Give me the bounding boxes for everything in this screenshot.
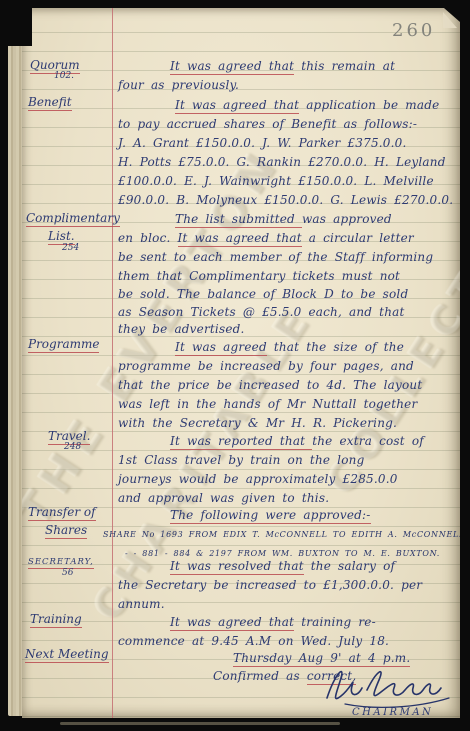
text-segment: application be made — [299, 98, 439, 112]
minute-line: the Secretary be increased to £1,300.0.0… — [118, 576, 422, 595]
text-segment: en bloc. — [118, 231, 178, 245]
margin-heading-transfer-of: Transfer of — [28, 505, 96, 519]
heading-label: Training — [30, 612, 82, 628]
text-segment: four as previously. — [118, 78, 239, 92]
margin-heading-quorum: Quorum — [30, 58, 80, 72]
minute-line: It was agreed that training re- — [170, 613, 376, 632]
minute-line: they be advertised. — [118, 320, 245, 339]
text-segment: them that Complimentary tickets must not — [118, 269, 400, 283]
margin-heading-travel: Travel. — [48, 429, 90, 443]
text-segment: It was agreed — [175, 340, 267, 356]
page-corner-fold-shadow — [444, 8, 460, 22]
minute-line: programme be increased by four pages, an… — [118, 357, 414, 376]
heading-label: SECRETARY, — [28, 557, 94, 569]
text-segment: It was agreed that — [175, 98, 299, 114]
heading-label: Next Meeting — [25, 647, 109, 663]
text-segment: the salary of — [304, 559, 395, 573]
chairman-signature — [317, 658, 457, 710]
text-segment: to pay accrued shares of Benefit as foll… — [118, 117, 417, 131]
margin-ref-travel: 248 — [64, 442, 81, 452]
minute-line: £90.0.0. B. Molyneux £150.0.0. G. Lewis … — [118, 191, 453, 210]
heading-label: Benefit — [28, 95, 72, 111]
text-segment: SHARE No 1693 FROM EDIX T. McCONNELL TO … — [103, 530, 460, 539]
minute-line: be sent to each member of the Staff info… — [118, 248, 433, 267]
text-segment: with the Secretary & Mr H. R. Pickering. — [118, 416, 397, 430]
text-segment: the Secretary be increased to £1,300.0.0… — [118, 578, 422, 592]
text-segment: annum. — [118, 597, 165, 611]
margin-heading-complimentary: Complimentary — [26, 211, 120, 225]
text-segment: J. A. Grant £150.0.0. J. W. Parker £375.… — [118, 136, 407, 150]
text-segment: be sent to each member of the Staff info… — [118, 250, 433, 264]
minute-line: four as previously. — [118, 76, 239, 95]
scanned-minute-book: THE EVERTON CHARITABLE COLLECTION 260 Qu… — [0, 0, 470, 731]
text-segment: be sold. The balance of Block D to be so… — [118, 287, 408, 301]
minute-line: was left in the hands of Mr Nuttall toge… — [118, 395, 417, 414]
margin-heading-secretary: SECRETARY, — [28, 557, 94, 567]
margin-ref-secretary: 56 — [62, 568, 73, 578]
heading-label: Programme — [28, 337, 99, 353]
minute-line: with the Secretary & Mr H. R. Pickering. — [118, 414, 397, 433]
minute-line: It was agreed that application be made — [175, 96, 439, 115]
minute-line: J. A. Grant £150.0.0. J. W. Parker £375.… — [118, 134, 407, 153]
text-segment: this remain at — [294, 59, 395, 73]
text-segment: Confirmed as — [213, 669, 307, 683]
text-segment: £90.0.0. B. Molyneux £150.0.0. G. Lewis … — [118, 193, 453, 207]
margin-ref-quorum: 102. — [54, 71, 74, 81]
minute-line: The list submitted was approved — [175, 210, 392, 229]
text-segment: the extra cost of — [312, 434, 424, 448]
margin-heading-shares: Shares — [45, 523, 87, 537]
text-segment: The list submitted — [175, 212, 302, 228]
text-segment: The following were approved:- — [170, 508, 371, 524]
text-segment: programme be increased by four pages, an… — [118, 359, 414, 373]
text-segment: that the size of the — [267, 340, 404, 354]
margin-ref-list: 254 — [62, 243, 79, 253]
minute-line: 1st Class travel by train on the long — [118, 451, 364, 470]
text-segment: and approval was given to this. — [118, 491, 329, 505]
text-segment: journeys would be approximately £285.0.0 — [118, 472, 398, 486]
page-number-stamp: 260 — [392, 20, 435, 41]
text-segment: It was agreed that — [178, 231, 302, 247]
minute-line: annum. — [118, 595, 165, 614]
minute-line: It was reported that the extra cost of — [170, 432, 424, 451]
text-segment: It was reported that — [170, 434, 312, 450]
margin-heading-list: List. — [48, 229, 75, 243]
scan-corner-shadow — [0, 0, 32, 46]
text-segment: they be advertised. — [118, 322, 245, 336]
text-segment: It was resolved that — [170, 559, 304, 575]
minute-book-page: THE EVERTON CHARITABLE COLLECTION 260 Qu… — [22, 8, 460, 718]
text-segment: training re- — [294, 615, 376, 629]
minute-line: to pay accrued shares of Benefit as foll… — [118, 115, 417, 134]
margin-heading-next-meeting: Next Meeting — [25, 647, 109, 661]
text-segment: a circular letter — [302, 231, 414, 245]
heading-label: Complimentary — [26, 211, 120, 227]
text-segment: commence at 9.45 A.M on Wed. July 18. — [118, 634, 389, 648]
minute-line: £100.0.0. E. J. Wainwright £150.0.0. L. … — [118, 172, 434, 191]
chairman-label: CHAIRMAN — [352, 707, 433, 718]
text-segment: as Season Tickets @ £5.5.0 each, and tha… — [118, 305, 405, 319]
minute-line: The following were approved:- — [170, 506, 371, 525]
margin-heading-programme: Programme — [28, 337, 99, 351]
text-segment: was left in the hands of Mr Nuttall toge… — [118, 397, 417, 411]
text-segment: H. Potts £75.0.0. G. Rankin £270.0.0. H.… — [118, 155, 446, 169]
text-segment: 1st Class travel by train on the long — [118, 453, 364, 467]
margin-heading-training: Training — [30, 612, 82, 626]
heading-label: Shares — [45, 523, 87, 539]
text-segment: It was agreed that — [170, 59, 294, 75]
margin-rule-line — [112, 8, 113, 718]
minute-line-share-transfer: SHARE No 1693 FROM EDIX T. McCONNELL TO … — [103, 525, 460, 544]
minute-line: en bloc. It was agreed that a circular l… — [118, 229, 414, 248]
text-segment: It was agreed that — [170, 615, 294, 631]
heading-label: Transfer of — [28, 505, 96, 521]
minute-line: It was agreed that the size of the — [175, 338, 404, 357]
text-segment: £100.0.0. E. J. Wainwright £150.0.0. L. … — [118, 174, 434, 188]
minute-line: journeys would be approximately £285.0.0 — [118, 470, 398, 489]
text-segment: that the price be increased to 4d. The l… — [118, 378, 422, 392]
margin-heading-benefit: Benefit — [28, 95, 72, 109]
minute-line: be sold. The balance of Block D to be so… — [118, 285, 408, 304]
minute-line: that the price be increased to 4d. The l… — [118, 376, 422, 395]
bottom-page-edge — [60, 722, 340, 725]
minute-line: It was agreed that this remain at — [170, 57, 395, 76]
minute-line: them that Complimentary tickets must not — [118, 267, 400, 286]
minute-line: H. Potts £75.0.0. G. Rankin £270.0.0. H.… — [118, 153, 446, 172]
minute-line: It was resolved that the salary of — [170, 557, 395, 576]
text-segment: was approved — [302, 212, 392, 226]
